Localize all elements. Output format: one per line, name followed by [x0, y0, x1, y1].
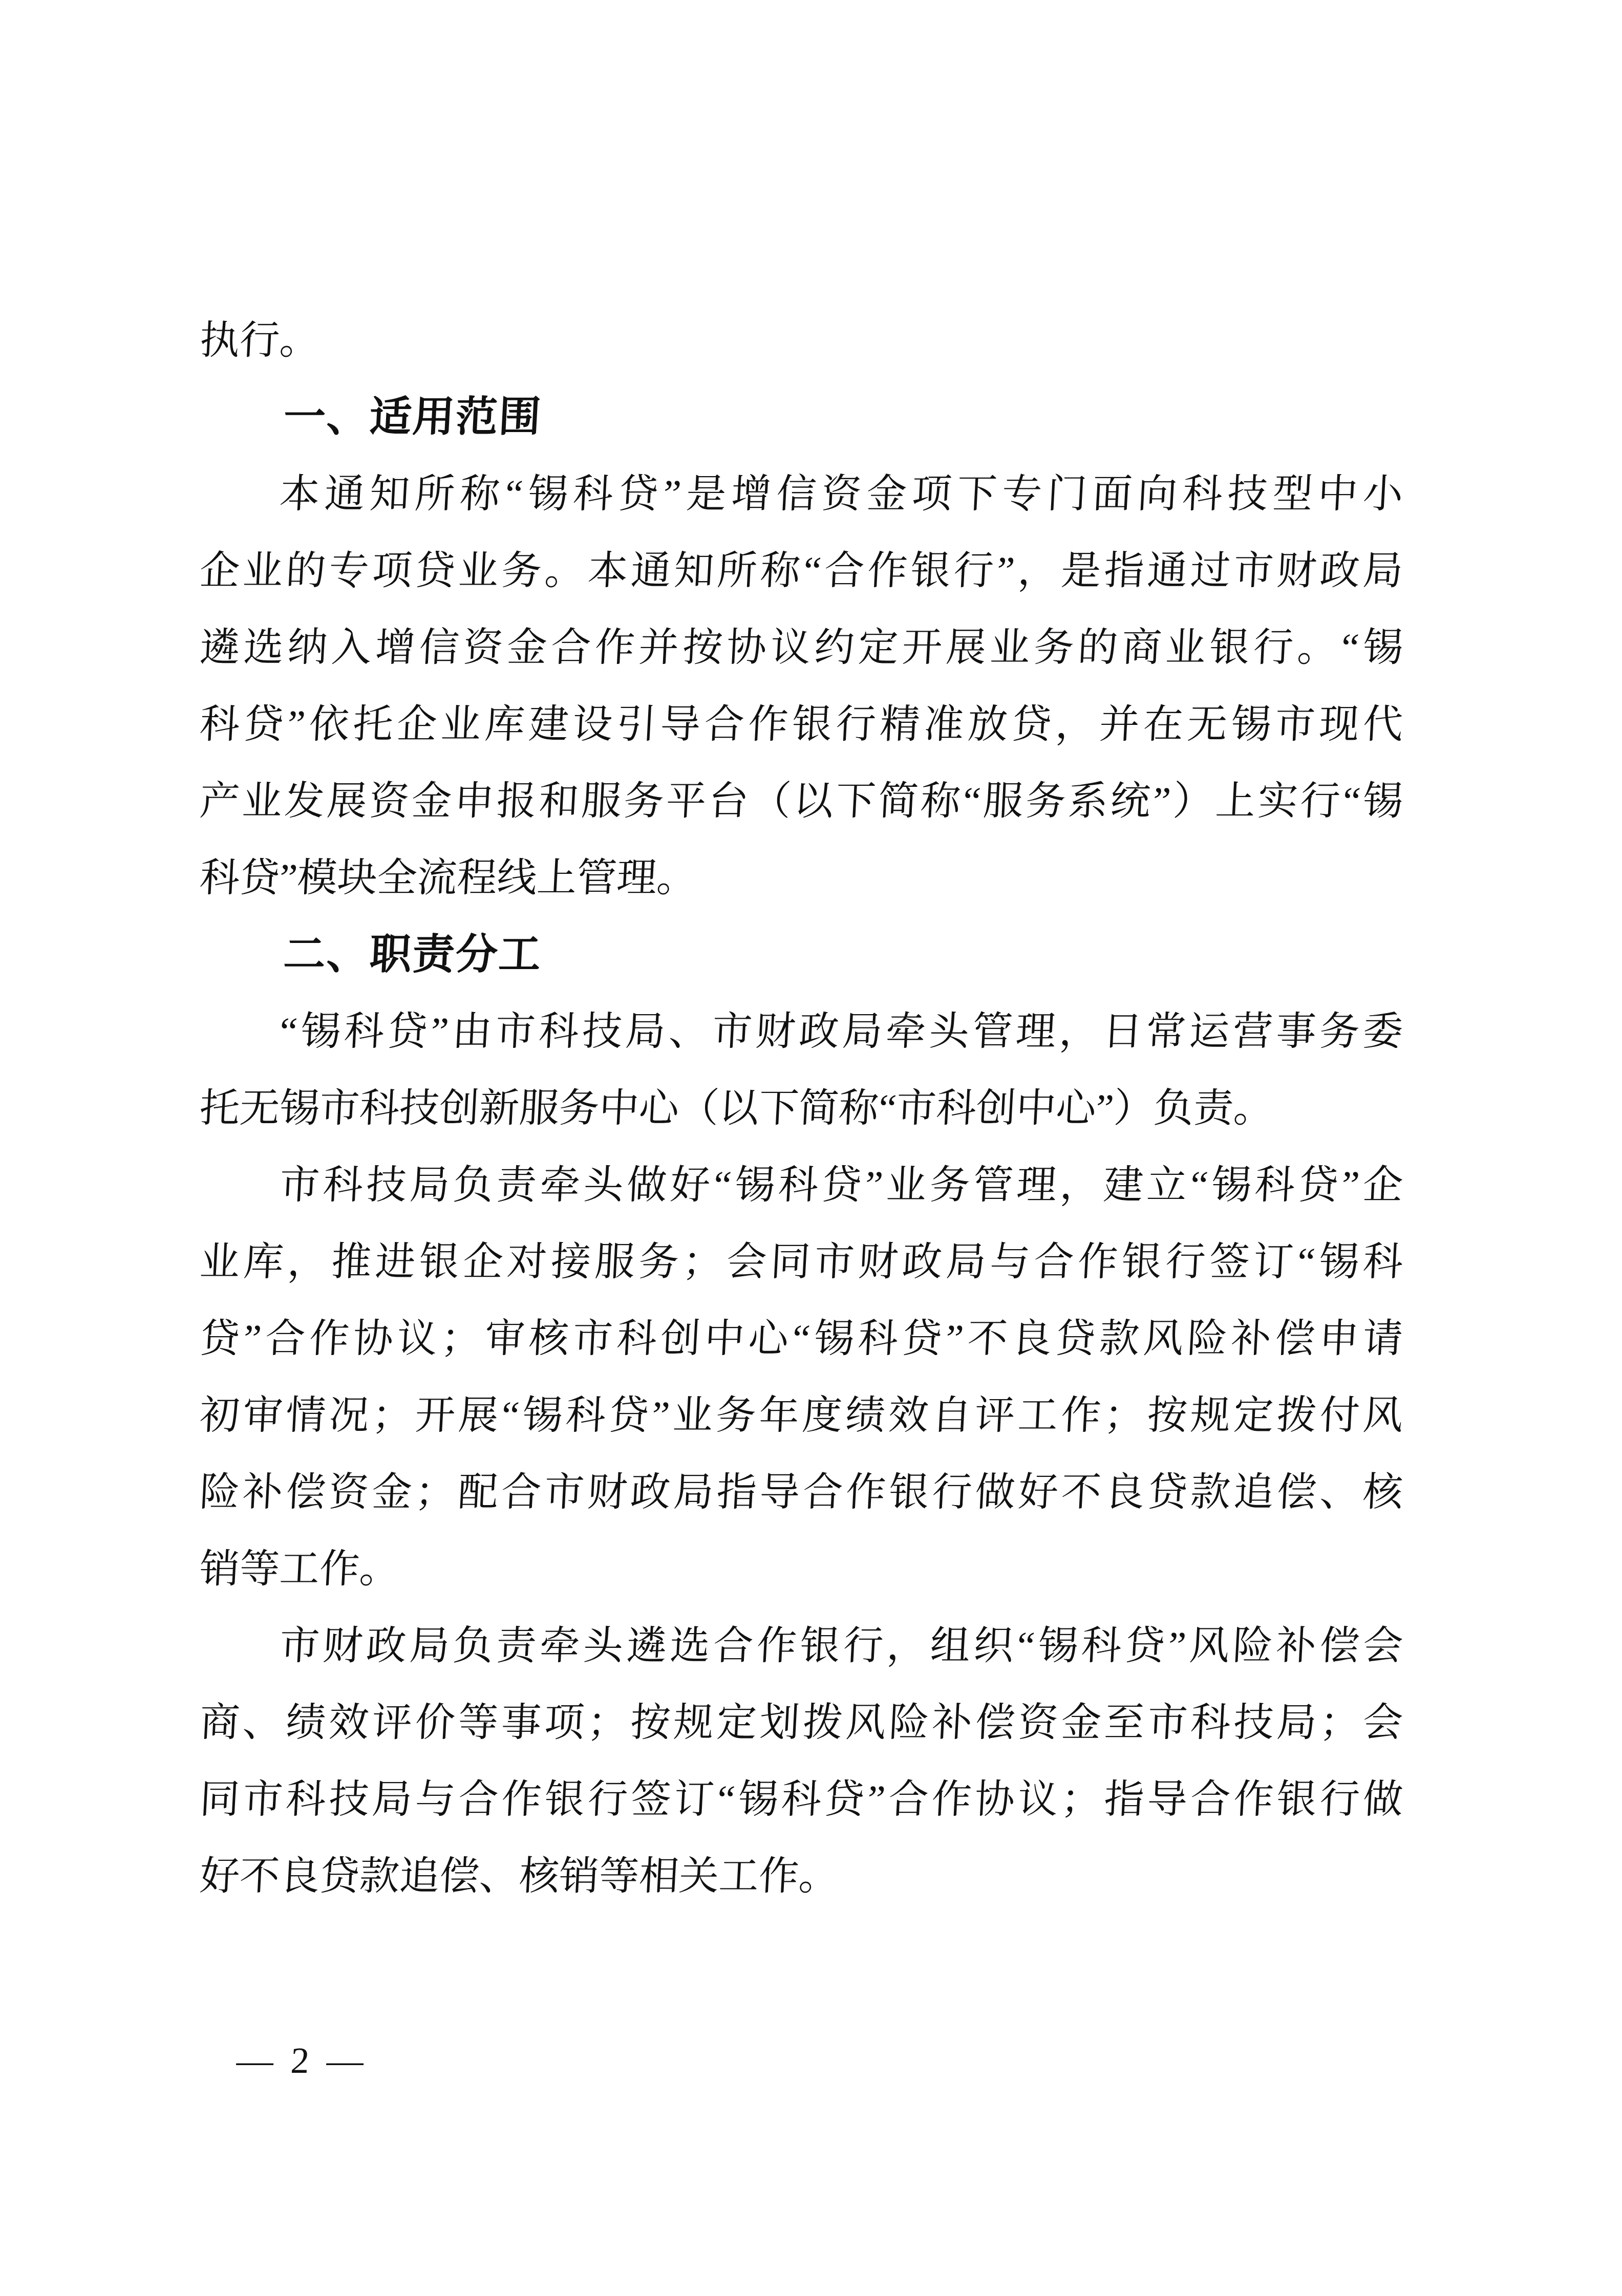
text-line: 同市科技局与合作银行签订“锡科贷”合作协议；指导合作银行做	[198, 1761, 1405, 1838]
text-line: 市财政局负责牵头遴选合作银行，组织“锡科贷”风险补偿会	[198, 1607, 1405, 1684]
text-line: 销等工作。	[198, 1531, 1405, 1607]
text-line: 商、绩效评价等事项；按规定划拨风险补偿资金至市科技局；会	[198, 1684, 1405, 1761]
text-line: 企业的专项贷业务。本通知所称“合作银行”，是指通过市财政局	[198, 532, 1405, 609]
document-page: ’ 执行。一、适用范围本通知所称“锡科贷”是增信资金项下专门面向科技型中小企业的…	[0, 0, 1622, 2296]
text-line: “锡科贷”由市科技局、市财政局牵头管理，日常运营事务委	[198, 993, 1405, 1070]
text-line: 初审情况；开展“锡科贷”业务年度绩效自评工作；按规定拨付风	[198, 1377, 1405, 1454]
section-heading: 一、适用范围	[198, 379, 1405, 456]
text-line: 遴选纳入增信资金合作并按协议约定开展业务的商业银行。“锡	[198, 609, 1405, 686]
text-line: 市科技局负责牵头做好“锡科贷”业务管理，建立“锡科贷”企	[198, 1147, 1405, 1224]
document-body: 执行。一、适用范围本通知所称“锡科贷”是增信资金项下专门面向科技型中小企业的专项…	[200, 302, 1403, 1915]
text-line: 产业发展资金申报和服务平台（以下简称“服务系统”）上实行“锡	[198, 763, 1405, 840]
text-line: 本通知所称“锡科贷”是增信资金项下专门面向科技型中小	[198, 456, 1405, 532]
text-line: 执行。	[198, 302, 1405, 379]
page-number: — 2 —	[236, 2040, 369, 2081]
text-line: 托无锡市科技创新服务中心（以下简称“市科创中心”）负责。	[198, 1070, 1405, 1147]
text-line: 科贷”模块全流程线上管理。	[198, 840, 1405, 916]
text-line: 业库，推进银企对接服务；会同市财政局与合作银行签订“锡科	[198, 1224, 1405, 1300]
text-line: 险补偿资金；配合市财政局指导合作银行做好不良贷款追偿、核	[198, 1454, 1405, 1531]
text-line: 贷”合作协议；审核市科创中心“锡科贷”不良贷款风险补偿申请	[198, 1300, 1405, 1377]
text-line: 科贷”依托企业库建设引导合作银行精准放贷，并在无锡市现代	[198, 686, 1405, 763]
section-heading: 二、职责分工	[198, 916, 1405, 993]
text-line: 好不良贷款追偿、核销等相关工作。	[198, 1838, 1405, 1915]
